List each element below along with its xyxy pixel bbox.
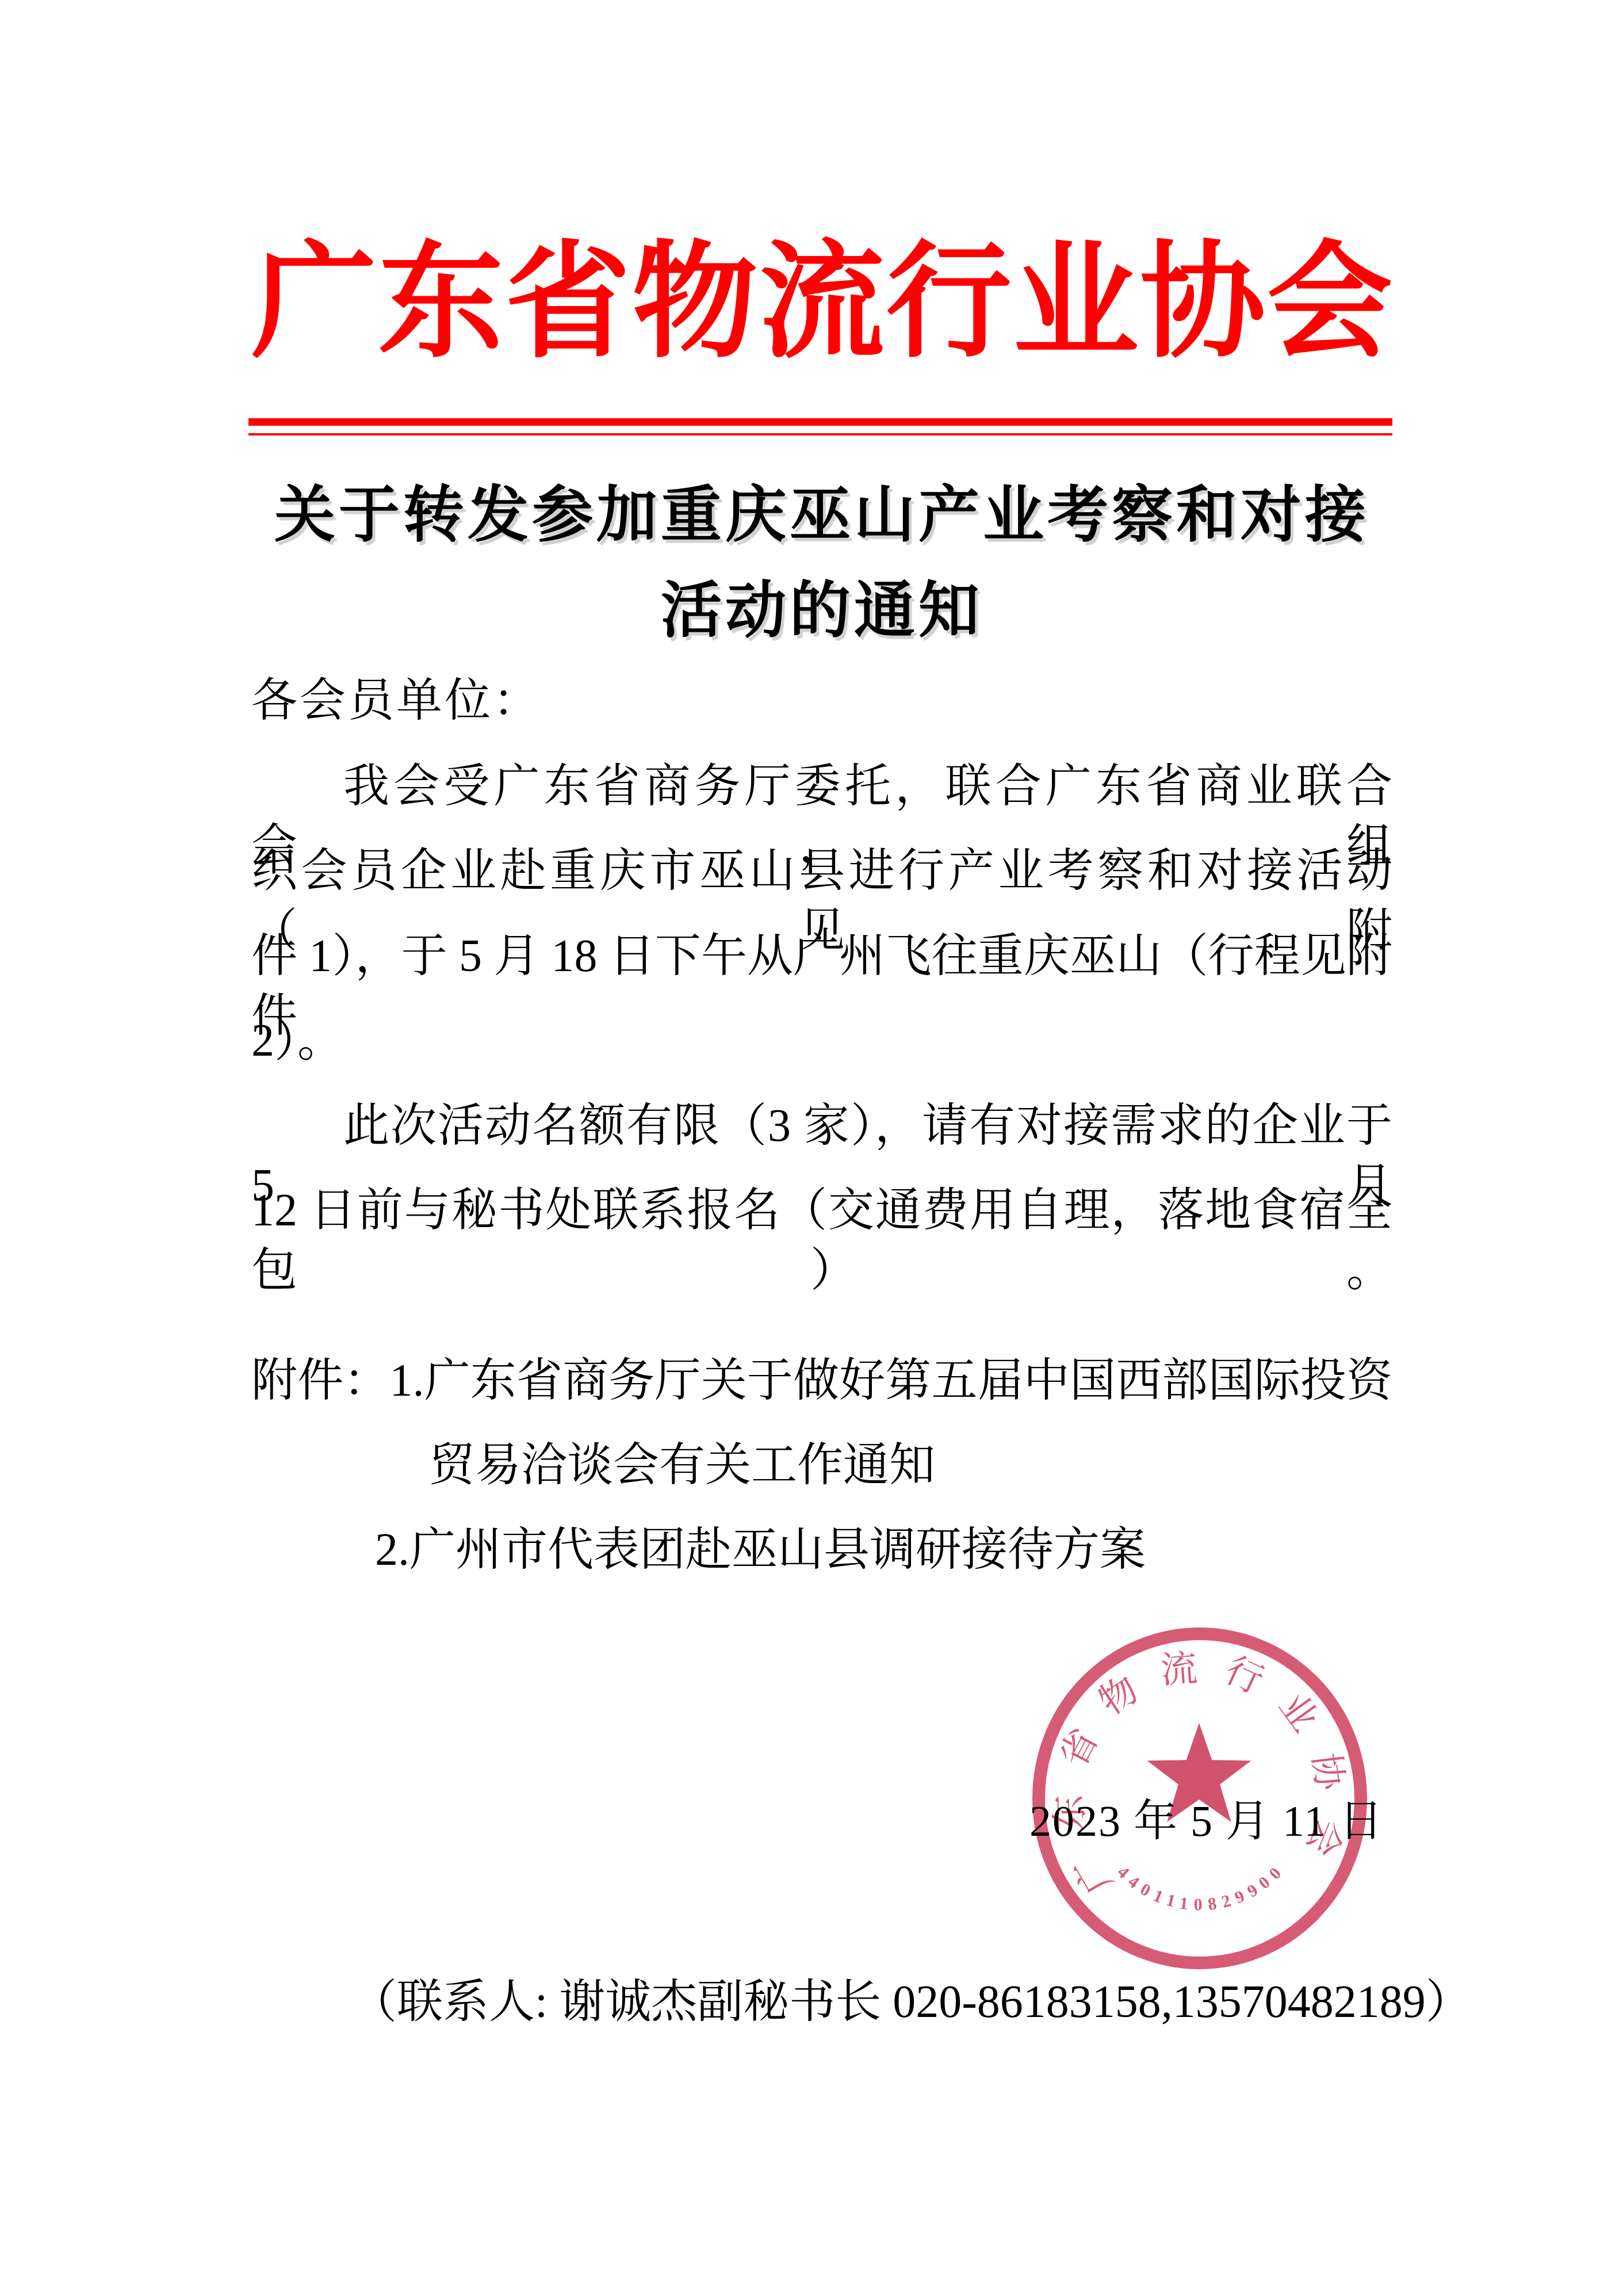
signature-date: 2023 年 5 月 11 日 bbox=[1029, 1794, 1384, 1849]
attachment-line1: 附件：1.广东省商务厅关于做好第五届中国西部国际投资 bbox=[251, 1351, 1392, 1411]
paragraph2-line2: 12 日前与秘书处联系报名（交通费用自理，落地食宿全包）。 bbox=[251, 1181, 1392, 1300]
paragraph1-line4: 2）。 bbox=[251, 1011, 1392, 1071]
seal-code-text: 4401110829900 bbox=[1113, 1859, 1289, 1915]
contact-line: （联系人: 谢诚杰副秘书长 020-86183158,13570482189） bbox=[351, 1972, 1472, 2032]
attachment-line2: 贸易洽谈会有关工作通知 bbox=[429, 1435, 1392, 1495]
attachment-line3: 2.广州市代表团赴巫山县调研接待方案 bbox=[375, 1520, 1392, 1580]
document-page: 广东省物流行业协会 关于转发参加重庆巫山产业考察和对接 活动的通知 各会员单位：… bbox=[0, 0, 1623, 2296]
org-masthead-title: 广东省物流行业协会 bbox=[251, 229, 1392, 379]
doc-title-line1: 关于转发参加重庆巫山产业考察和对接 bbox=[251, 481, 1392, 550]
masthead-divider-thin bbox=[248, 433, 1392, 435]
doc-title-line2: 活动的通知 bbox=[251, 576, 1392, 645]
seal-code-textpath: 4401110829900 bbox=[1113, 1859, 1289, 1915]
masthead-divider-thick bbox=[248, 418, 1392, 426]
salutation-line: 各会员单位： bbox=[251, 671, 1392, 731]
